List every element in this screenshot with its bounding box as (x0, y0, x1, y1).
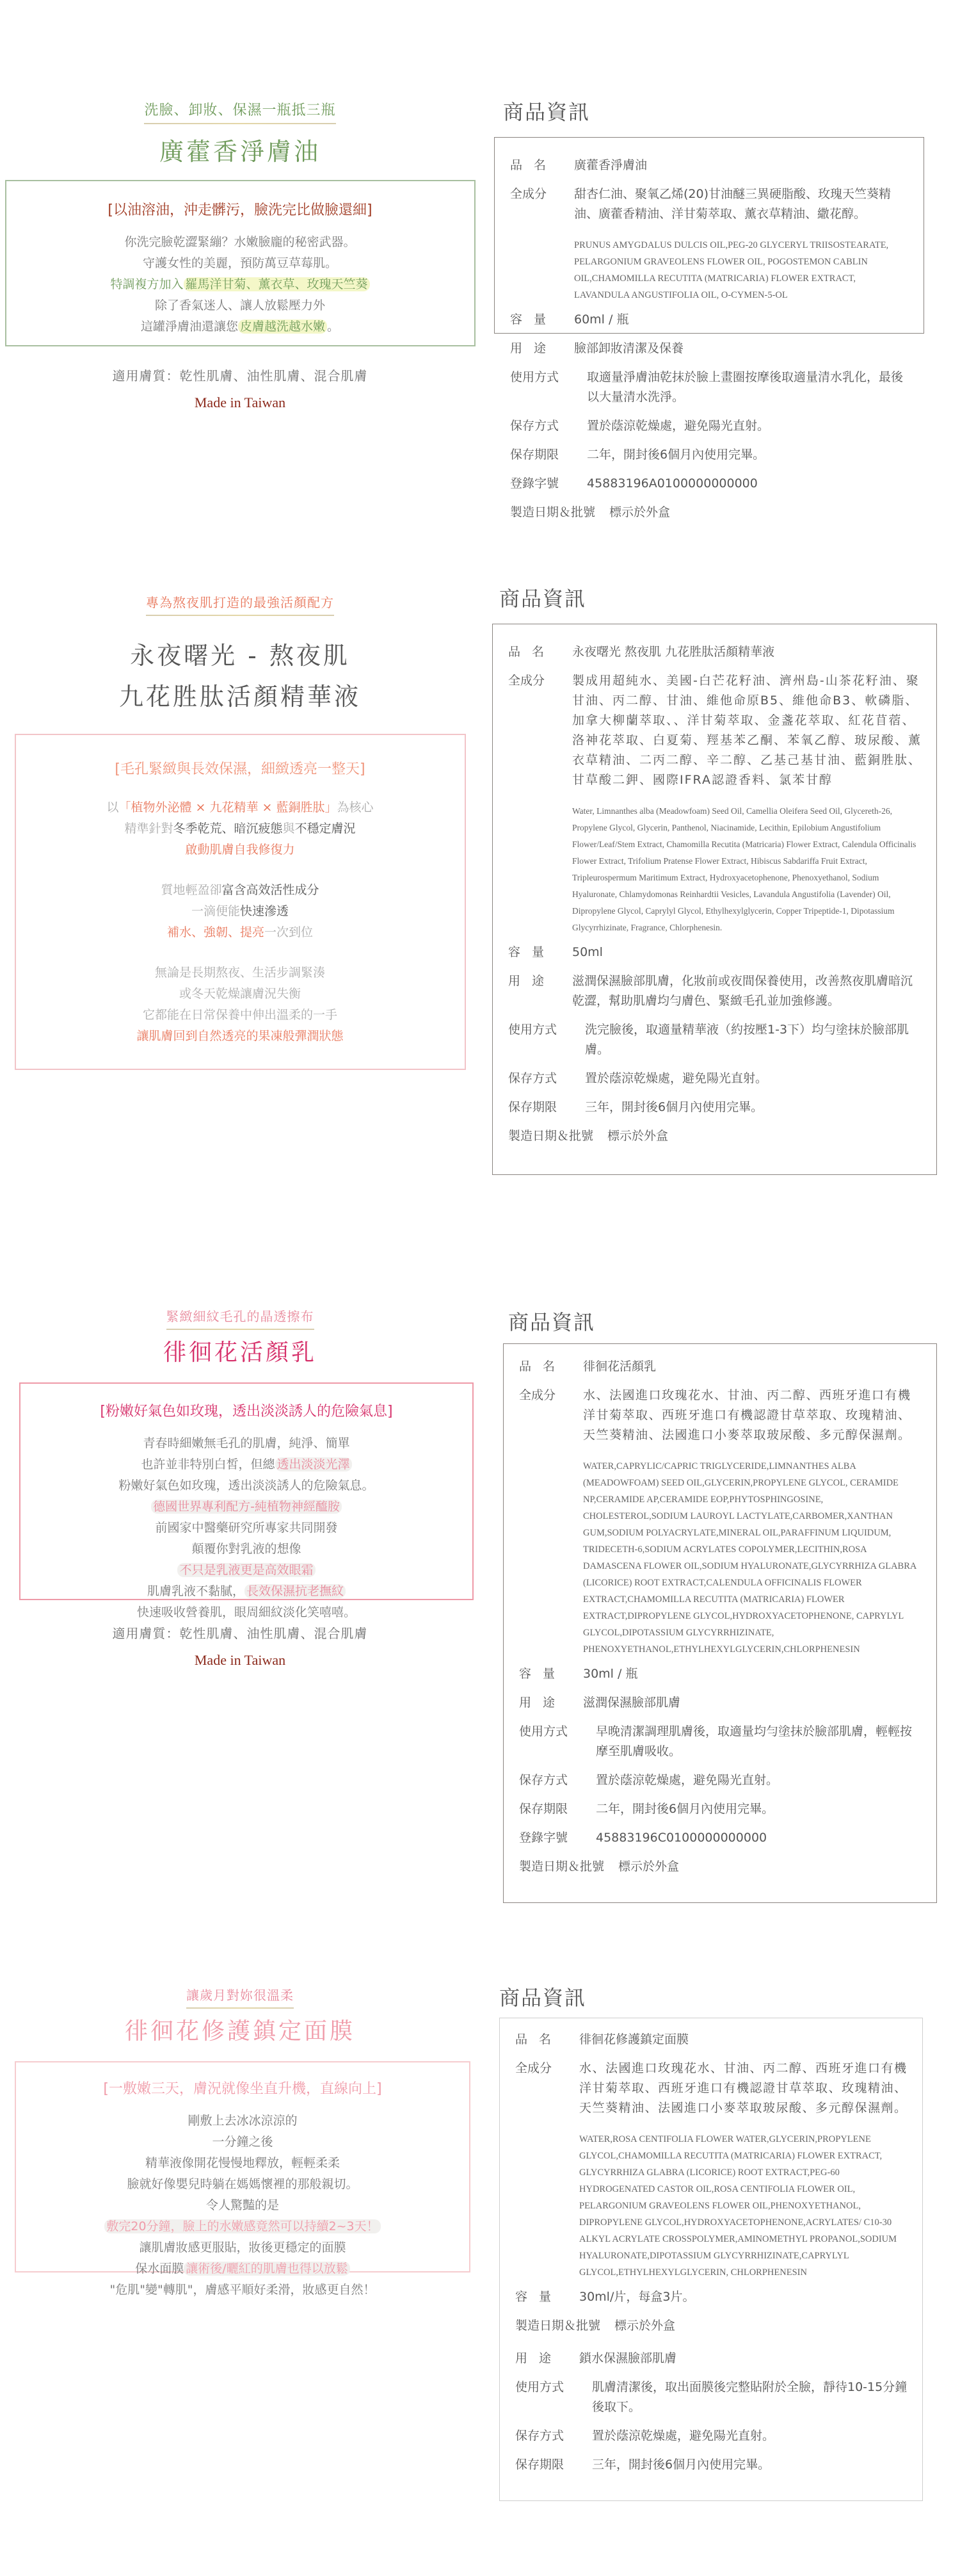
info-label: 全成分 (515, 2059, 566, 2118)
product-info-panel: 商品資訊 品名徘徊花活顏乳 全成分水、法國進口玫瑰花水、甘油、丙二醇、西班牙進口… (480, 1306, 960, 1903)
text-segment: 特調複方加入 (110, 277, 183, 291)
info-value: 甜杏仁油、聚氧乙烯(20)甘油醚三異硬脂酸、玫瑰天竺葵精油、廣藿香精油、洋甘菊萃… (561, 184, 911, 224)
text-segment: 補水、強韌、提亮 (167, 925, 264, 939)
info-label: 品名 (519, 1357, 570, 1377)
info-row-shelf-life: 保存期限三年，開封後6個月內使用完畢。 (508, 1098, 924, 1117)
description-line: 無論是長期熬夜、生活步調緊湊 (22, 962, 458, 984)
highlighted-text: 透出淡淡光澤 (275, 1457, 352, 1471)
info-value: 滋潤保濕臉部肌膚，化妝前或夜間保養使用，改善熬夜肌膚暗沉乾澀，幫助肌膚均勻膚色、… (559, 971, 924, 1011)
info-value: 標示於外盒 (604, 1857, 924, 1877)
info-row-usage: 使用方式洗完臉後，取適量精華液（約按壓1-3下）均勻塗抹於臉部肌膚。 (508, 1020, 924, 1060)
text-segment: 。 (327, 320, 339, 334)
description-line: 它都能在日常保養中伸出溫柔的一手 (22, 1005, 458, 1026)
info-row-name: 品名永夜曙光 熬夜肌 九花胜肽活顏精華液 (508, 642, 924, 662)
info-value: 早晚清潔調理肌膚後，取適量均勻塗抹於臉部肌膚，輕輕按摩至肌膚吸收。 (583, 1722, 924, 1762)
info-value: 徘徊花修護鎮定面膜 (566, 2030, 909, 2050)
text-segment: 以 (106, 800, 118, 814)
info-value: 肌膚清潔後，取出面膜後完整貼附於全臉，靜待10-15分鐘後取下。 (579, 2378, 909, 2417)
description-line: "危肌"變"轉肌"，膚感平順好柔滑，妝感更自然！ (22, 2280, 463, 2301)
product-intro-panel: 洗臉、卸妝、保濕一瓶抵三瓶 廣藿香淨膚油 [以油溶油，沖走髒污，臉洗完比做臉還細… (0, 99, 480, 411)
info-row-batch: 製造日期＆批號標示於外盒 (508, 1126, 924, 1146)
ingredients-english: WATER,CAPRYLIC/CAPRIC TRIGLYCERIDE,LIMNA… (583, 1458, 924, 1658)
highlighted-text: 羅馬洋甘菊、薰衣草、玫瑰天竺葵 (184, 277, 370, 291)
info-row-batch: 製造日期＆批號標示於外盒 (510, 503, 911, 522)
info-value: 徘徊花活顏乳 (570, 1357, 924, 1377)
info-label: 品名 (515, 2030, 566, 2050)
info-label: 製造日期＆批號 (510, 503, 595, 522)
info-value: 水、法國進口玫瑰花水、甘油、丙二醇、西班牙進口有機洋甘菊萃取、西班牙進口有機認證… (570, 1386, 924, 1445)
info-row-shelf-life: 保存期限三年，開封後6個月內使用完畢。 (515, 2455, 909, 2475)
ingredients-english: WATER,ROSA CENTIFOLIA FLOWER WATER,GLYCE… (579, 2131, 909, 2281)
info-label: 製造日期＆批號 (508, 1126, 593, 1146)
description-line: 剛敷上去冰冰涼涼的 (22, 2110, 463, 2132)
description-line: 精華液像開花慢慢地釋放，輕輕柔柔 (22, 2153, 463, 2174)
description-headline: [以油溶油，沖走髒污，臉洗完比做臉還細] (13, 199, 468, 219)
text-segment: 肌膚乳液不黏膩， (147, 1584, 244, 1598)
description-line: 顛覆你對乳液的想像 (27, 1539, 466, 1560)
product-section-serum: 專為熬夜肌打造的最強活顏配方 永夜曙光 - 熬夜肌 九花胜肽活顏精華液 [毛孔緊… (0, 576, 960, 1300)
info-value: 永夜曙光 熬夜肌 九花胜肽活顏精華液 (559, 642, 924, 662)
text-segment: 為核心 (337, 800, 374, 814)
info-value: 水、法國進口玫瑰花水、甘油、丙二醇、西班牙進口有機洋甘菊萃取、西班牙進口有機認證… (566, 2059, 909, 2118)
product-tagline: 緊緻細紋毛孔的晶透擦布 (166, 1306, 314, 1330)
info-value: 取適量淨膚油乾抹於臉上畫圈按摩後取適量清水乳化，最後以大量清水洗淨。 (574, 368, 911, 407)
info-title: 商品資訊 (503, 96, 960, 126)
text-segment: 與 (283, 822, 295, 836)
info-label: 保存期限 (519, 1799, 583, 1819)
title-line: 永夜曙光 - 熬夜肌 (0, 635, 480, 676)
title-line: 九花胜肽活顏精華液 (0, 676, 480, 717)
description-line: 讓肌膚妝感更服貼，妝後更穩定的面膜 (22, 2237, 463, 2258)
description-line: 敷完20分鐘，臉上的水嫩感竟然可以持續2~3天！ (22, 2216, 463, 2237)
info-label: 使用方式 (508, 1020, 572, 1060)
info-row-storage: 保存方式置於蔭涼乾燥處，避免陽光直射。 (510, 416, 911, 436)
info-row-shelf-life: 保存期限二年，開封後6個月內使用完畢。 (519, 1799, 924, 1819)
highlighted-text: 長效保濕抗老撫紋 (244, 1584, 346, 1598)
info-label: 保存方式 (508, 1069, 572, 1089)
description-line: 也許並非特別白皙，但總透出淡淡光澤 (27, 1454, 466, 1475)
info-row-volume: 容量30ml / 瓶 (519, 1664, 924, 1684)
info-value: 製成用超純水、美國-白芒花籽油、濟州島-山茶花籽油、聚甘油、丙二醇、甘油、維他命… (559, 671, 924, 790)
product-tagline: 洗臉、卸妝、保濕一瓶抵三瓶 (144, 99, 335, 124)
description-headline: [一敷嫩三天，膚況就像坐直升機，直線向上] (22, 2078, 463, 2098)
info-row-ingredients: 全成分水、法國進口玫瑰花水、甘油、丙二醇、西班牙進口有機洋甘菊萃取、西班牙進口有… (515, 2059, 909, 2118)
info-row-name: 品名徘徊花修護鎮定面膜 (515, 2030, 909, 2050)
info-row-name: 品名徘徊花活顏乳 (519, 1357, 924, 1377)
info-value: 洗完臉後，取適量精華液（約按壓1-3下）均勻塗抹於臉部肌膚。 (572, 1020, 924, 1060)
description-line: 粉嫩好氣色如玫瑰，透出淡淡誘人的危險氣息。 (27, 1475, 466, 1496)
product-description-box: [粉嫩好氣色如玫瑰，透出淡淡誘人的危險氣息] 青春時細嫩無毛孔的肌膚，純淨、簡單… (19, 1382, 474, 1600)
info-row-usage: 使用方式取適量淨膚油乾抹於臉上畫圈按摩後取適量清水乳化，最後以大量清水洗淨。 (510, 368, 911, 407)
ingredients-english: PRUNUS AMYGDALUS DULCIS OIL,PEG-20 GLYCE… (574, 237, 911, 304)
info-label: 保存方式 (515, 2426, 579, 2446)
description-line: 守護女性的美麗，預防萬豆草莓肌。 (13, 253, 468, 274)
info-label: 登錄字號 (519, 1828, 583, 1848)
product-tagline: 讓歲月對妳很溫柔 (186, 1985, 294, 2009)
info-row-storage: 保存方式置於蔭涼乾燥處，避免陽光直射。 (519, 1770, 924, 1790)
info-label: 使用方式 (510, 368, 574, 407)
info-value: 臉部卸妝清潔及保養 (561, 339, 911, 359)
info-label: 用途 (519, 1693, 570, 1713)
info-value: 二年，開封後6個月內使用完畢。 (574, 445, 911, 465)
info-label: 保存方式 (510, 416, 574, 436)
text-segment: 不穩定膚況 (295, 822, 356, 836)
info-value: 二年，開封後6個月內使用完畢。 (583, 1799, 924, 1819)
product-info-panel: 商品資訊 品名徘徊花修護鎮定面膜 全成分水、法國進口玫瑰花水、甘油、丙二醇、西班… (480, 1982, 960, 2501)
info-row-usage: 使用方式早晚清潔調理肌膚後，取適量均勻塗抹於臉部肌膚，輕輕按摩至肌膚吸收。 (519, 1722, 924, 1762)
info-box: 品名永夜曙光 熬夜肌 九花胜肽活顏精華液 全成分製成用超純水、美國-白芒花籽油、… (492, 624, 937, 1175)
info-title: 商品資訊 (499, 1982, 960, 2011)
info-title: 商品資訊 (499, 583, 960, 612)
info-label: 全成分 (519, 1386, 570, 1445)
made-in-taiwan: Made in Taiwan (0, 394, 480, 411)
description-line: 特調複方加入羅馬洋甘菊、薰衣草、玫瑰天竺葵 (13, 274, 468, 295)
description-line: 啟動肌膚自我修復力 (22, 839, 458, 861)
product-section-patchouli-oil: 洗臉、卸妝、保濕一瓶抵三瓶 廣藿香淨膚油 [以油溶油，沖走髒污，臉洗完比做臉還細… (0, 0, 960, 576)
info-label: 用途 (510, 339, 561, 359)
text-segment: 質地輕盈卻 (161, 883, 221, 897)
info-label: 全成分 (508, 671, 559, 790)
product-info-panel: 商品資訊 品名廣藿香淨膚油 全成分甜杏仁油、聚氧乙烯(20)甘油醚三異硬脂酸、玫… (480, 96, 960, 334)
info-row-storage: 保存方式置於蔭涼乾燥處，避免陽光直射。 (515, 2426, 909, 2446)
description-line: 讓肌膚回到自然透亮的果凍般彈潤狀態 (22, 1026, 458, 1047)
text-segment: 也許並非特別白皙，但總 (141, 1457, 275, 1471)
info-row-volume: 容量30ml/片，每盒3片。 (515, 2287, 909, 2307)
info-label: 容量 (508, 943, 559, 962)
suitable-skin-types: 適用膚質：乾性肌膚、油性肌膚、混合肌膚 (0, 366, 480, 384)
info-value: 鎖水保濕臉部肌膚 (566, 2349, 909, 2369)
info-row-shelf-life: 保存期限二年，開封後6個月內使用完畢。 (510, 445, 911, 465)
info-row-ingredients: 全成分製成用超純水、美國-白芒花籽油、濟州島-山茶花籽油、聚甘油、丙二醇、甘油、… (508, 671, 924, 790)
product-title: 廣藿香淨膚油 (0, 133, 480, 171)
ingredients-english: Water, Limnanthes alba (Meadowfoam) Seed… (572, 803, 924, 936)
description-line: 或冬天乾燥讓膚況失衡 (22, 984, 458, 1005)
text-segment: 冬季乾荒、暗沉疲態 (173, 822, 282, 836)
description-line: 青春時細嫩無毛孔的肌膚，純淨、簡單 (27, 1433, 466, 1454)
info-value: 滋潤保濕臉部肌膚 (570, 1693, 924, 1713)
info-row-ingredients: 全成分甜杏仁油、聚氧乙烯(20)甘油醚三異硬脂酸、玫瑰天竺葵精油、廣藿香精油、洋… (510, 184, 911, 224)
description-line: 令人驚豔的是 (22, 2195, 463, 2216)
info-value: 置於蔭涼乾燥處，避免陽光直射。 (574, 416, 911, 436)
product-description-box: [以油溶油，沖走髒污，臉洗完比做臉還細] 你洗完臉乾澀緊繃？水嫩臉龐的秘密武器。… (5, 180, 476, 346)
info-row-batch: 製造日期＆批號標示於外盒 (519, 1857, 924, 1877)
info-label: 用途 (515, 2349, 566, 2369)
highlighted-text: 讓術後/曬紅的肌膚也得以放鬆 (184, 2262, 349, 2276)
info-row-purpose: 用途滋潤保濕臉部肌膚，化妝前或夜間保養使用，改善熬夜肌膚暗沉乾澀，幫助肌膚均勻膚… (508, 971, 924, 1011)
info-label: 保存期限 (515, 2455, 579, 2475)
description-line: 補水、強韌、提亮一次到位 (22, 922, 458, 943)
info-value: 30ml/片，每盒3片。 (566, 2287, 909, 2307)
info-box: 品名徘徊花活顏乳 全成分水、法國進口玫瑰花水、甘油、丙二醇、西班牙進口有機洋甘菊… (503, 1343, 937, 1903)
info-value: 置於蔭涼乾燥處，避免陽光直射。 (572, 1069, 924, 1089)
info-label: 容量 (515, 2287, 566, 2307)
info-row-ingredients: 全成分水、法國進口玫瑰花水、甘油、丙二醇、西班牙進口有機洋甘菊萃取、西班牙進口有… (519, 1386, 924, 1445)
product-intro-panel: 讓歲月對妳很溫柔 徘徊花修護鎮定面膜 [一敷嫩三天，膚況就像坐直升機，直線向上]… (0, 1985, 480, 2272)
description-line: 以「植物外泌體 × 九花精華 × 藍銅胜肽」為核心 (22, 797, 458, 818)
info-row-purpose: 用途臉部卸妝清潔及保養 (510, 339, 911, 359)
info-label: 保存期限 (510, 445, 574, 465)
description-line: 肌膚乳液不黏膩，長效保濕抗老撫紋 (27, 1581, 466, 1602)
suitable-skin-types: 適用膚質：乾性肌膚、油性肌膚、混合肌膚 (0, 1623, 480, 1642)
info-box: 品名徘徊花修護鎮定面膜 全成分水、法國進口玫瑰花水、甘油、丙二醇、西班牙進口有機… (499, 2018, 923, 2501)
description-line: 一滴便能快速滲透 (22, 901, 458, 922)
product-title: 徘徊花修護鎮定面膜 (0, 2014, 480, 2050)
product-title: 徘徊花活顏乳 (0, 1335, 480, 1371)
info-value: 標示於外盒 (600, 2316, 909, 2336)
product-tagline: 專為熬夜肌打造的最強活顏配方 (146, 592, 334, 616)
description-line: 臉就好像嬰兒時躺在媽媽懷裡的那般親切。 (22, 2174, 463, 2195)
info-value: 標示於外盒 (595, 503, 911, 522)
highlighted-text: 不只是乳液更是高效眼霜 (177, 1563, 315, 1577)
info-row-purpose: 用途滋潤保濕臉部肌膚 (519, 1693, 924, 1713)
highlighted-text: 德國世界專利配方-純植物神經醯胺 (151, 1500, 342, 1514)
info-label: 品名 (508, 642, 559, 662)
description-line: 不只是乳液更是高效眼霜 (27, 1560, 466, 1581)
info-label: 使用方式 (515, 2378, 579, 2417)
info-row-registration: 登錄字號45883196A0100000000000 (510, 474, 911, 494)
info-label: 用途 (508, 971, 559, 1011)
product-description-box: [毛孔緊緻與長效保濕，細緻透亮一整天] 以「植物外泌體 × 九花精華 × 藍銅胜… (15, 734, 466, 1070)
info-value: 標示於外盒 (593, 1126, 924, 1146)
info-value: 三年，開封後6個月內使用完畢。 (579, 2455, 909, 2475)
info-value: 置於蔭涼乾燥處，避免陽光直射。 (579, 2426, 909, 2446)
description-line: 這罐淨膚油還讓您皮膚越洗越水嫩。 (13, 316, 468, 337)
description-line: 保水面膜讓術後/曬紅的肌膚也得以放鬆 (22, 2258, 463, 2280)
text-segment: 一次到位 (264, 925, 313, 939)
description-line: 質地輕盈卻富含高效活性成分 (22, 880, 458, 901)
info-value: 60ml / 瓶 (561, 310, 911, 330)
info-value: 50ml (559, 943, 924, 962)
text-segment: 「植物外泌體 × 九花精華 × 藍銅胜肽」 (119, 800, 337, 814)
info-label: 製造日期＆批號 (519, 1857, 604, 1877)
info-label: 全成分 (510, 184, 561, 224)
description-line: 前國家中醫藥研究所專家共同開發 (27, 1518, 466, 1539)
product-description-box: [一敷嫩三天，膚況就像坐直升機，直線向上] 剛敷上去冰冰涼涼的 一分鐘之後 精華… (15, 2061, 470, 2272)
info-row-name: 品名廣藿香淨膚油 (510, 156, 911, 175)
info-value: 30ml / 瓶 (570, 1664, 924, 1684)
description-line: 除了香氣迷人、讓人放鬆壓力外 (13, 295, 468, 316)
product-intro-panel: 專為熬夜肌打造的最強活顏配方 永夜曙光 - 熬夜肌 九花胜肽活顏精華液 [毛孔緊… (0, 592, 480, 1070)
description-line: 德國世界專利配方-純植物神經醯胺 (27, 1496, 466, 1518)
text-segment: 富含高效活性成分 (222, 883, 319, 897)
info-value: 三年，開封後6個月內使用完畢。 (572, 1098, 924, 1117)
info-label: 容量 (510, 310, 561, 330)
product-title: 永夜曙光 - 熬夜肌 九花胜肽活顏精華液 (0, 635, 480, 717)
info-row-usage: 使用方式肌膚清潔後，取出面膜後完整貼附於全臉，靜待10-15分鐘後取下。 (515, 2378, 909, 2417)
text-segment: 一滴便能 (191, 904, 240, 918)
product-intro-panel: 緊緻細紋毛孔的晶透擦布 徘徊花活顏乳 [粉嫩好氣色如玫瑰，透出淡淡誘人的危險氣息… (0, 1306, 480, 1669)
description-line: 你洗完臉乾澀緊繃？水嫩臉龐的秘密武器。 (13, 232, 468, 253)
text-segment: 這罐淨膚油還讓您 (141, 320, 238, 334)
info-label: 保存期限 (508, 1098, 572, 1117)
info-row-storage: 保存方式置於蔭涼乾燥處，避免陽光直射。 (508, 1069, 924, 1089)
info-title: 商品資訊 (508, 1306, 960, 1336)
info-value: 45883196C0100000000000 (583, 1828, 924, 1848)
product-section-lotion: 緊緻細紋毛孔的晶透擦布 徘徊花活顏乳 [粉嫩好氣色如玫瑰，透出淡淡誘人的危險氣息… (0, 1300, 960, 1979)
info-label: 容量 (519, 1664, 570, 1684)
info-label: 製造日期＆批號 (515, 2316, 600, 2336)
product-section-mask: 讓歲月對妳很溫柔 徘徊花修護鎮定面膜 [一敷嫩三天，膚況就像坐直升機，直線向上]… (0, 1979, 960, 2576)
info-row-purpose: 用途鎖水保濕臉部肌膚 (515, 2349, 909, 2369)
text-segment: 快速滲透 (240, 904, 289, 918)
info-row-registration: 登錄字號45883196C0100000000000 (519, 1828, 924, 1848)
info-row-batch: 製造日期＆批號標示於外盒 (515, 2316, 909, 2336)
info-value: 置於蔭涼乾燥處，避免陽光直射。 (583, 1770, 924, 1790)
info-label: 登錄字號 (510, 474, 574, 494)
highlighted-text: 皮膚越洗越水嫩 (238, 320, 327, 334)
info-label: 保存方式 (519, 1770, 583, 1790)
made-in-taiwan: Made in Taiwan (0, 1652, 480, 1669)
info-row-volume: 容量50ml (508, 943, 924, 962)
info-value: 45883196A0100000000000 (574, 474, 911, 494)
info-value: 廣藿香淨膚油 (561, 156, 911, 175)
description-line: 快速吸收營養肌，眼周細紋淡化笑嘻嘻。 (27, 1602, 466, 1623)
product-info-panel: 商品資訊 品名永夜曙光 熬夜肌 九花胜肽活顏精華液 全成分製成用超純水、美國-白… (480, 583, 960, 1175)
info-label: 品名 (510, 156, 561, 175)
description-line: 一分鐘之後 (22, 2132, 463, 2153)
highlighted-text: 敷完20分鐘，臉上的水嫩感竟然可以持續2~3天！ (104, 2219, 380, 2233)
info-row-volume: 容量60ml / 瓶 (510, 310, 911, 330)
info-box: 品名廣藿香淨膚油 全成分甜杏仁油、聚氧乙烯(20)甘油醚三異硬脂酸、玫瑰天竺葵精… (494, 137, 924, 334)
description-headline: [毛孔緊緻與長效保濕，細緻透亮一整天] (22, 758, 458, 778)
text-segment: 精準針對 (124, 822, 173, 836)
description-line: 精準針對冬季乾荒、暗沉疲態與不穩定膚況 (22, 818, 458, 839)
info-label: 使用方式 (519, 1722, 583, 1762)
description-headline: [粉嫩好氣色如玫瑰，透出淡淡誘人的危險氣息] (27, 1400, 466, 1420)
text-segment: 保水面膜 (135, 2262, 184, 2276)
